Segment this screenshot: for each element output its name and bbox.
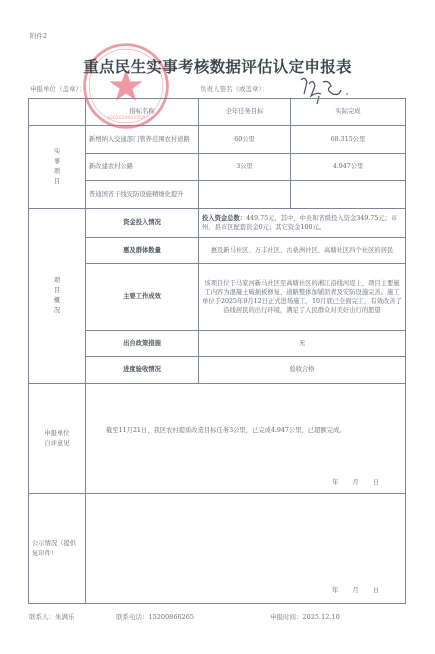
section-project-overview-label: 项目概况 xyxy=(29,209,86,384)
item-name: 普通国省干线安防设施精细化提升 xyxy=(86,181,199,209)
item-actual xyxy=(291,181,406,209)
item-target xyxy=(199,181,291,209)
header-indicator: 指标名称 xyxy=(86,99,199,126)
policy-value: 无 xyxy=(199,331,406,357)
progress-label: 进度验收情况 xyxy=(86,357,199,384)
publicity-cell: 年 月 日 xyxy=(86,494,406,604)
funding-label: 资金投入情况 xyxy=(86,209,199,238)
header-actual: 实际完成 xyxy=(291,99,406,126)
header-annual-target: 全年任务目标 xyxy=(199,99,291,126)
attachment-label: 附件2 xyxy=(30,31,47,40)
item-target: 60公里 xyxy=(199,126,291,154)
item-target: 3公里 xyxy=(199,154,291,181)
publicity-label: 公示情况（提供复印件） xyxy=(29,494,86,604)
main-effect-label: 主要工作成效 xyxy=(86,264,199,331)
funding-total-label: 投入资金总数： xyxy=(202,215,246,222)
contact-person: 联系人：朱满乐 xyxy=(29,612,75,621)
policy-label: 出台政策措施 xyxy=(86,331,199,357)
item-name: 新改建农村公路 xyxy=(86,154,199,181)
self-eval-cell: 截至11月21日，我区农村提质改造目标任务3公里，已完成4.947公里，已超额完… xyxy=(86,384,406,494)
report-table: 指标名称 全年任务目标 实际完成 实事项目 新增纳入交通部门管养范围农村道路 6… xyxy=(28,98,406,604)
self-eval-text: 截至11月21日，我区农村提质改造目标任务3公里，已完成4.947公里，已超额完… xyxy=(106,426,395,435)
report-time: 申报时间：2025.12.10 xyxy=(270,612,340,621)
empty-corner-cell xyxy=(29,99,86,126)
item-name: 新增纳入交通部门管养范围农村道路 xyxy=(86,126,199,154)
self-eval-label: 申报单位 自评意见 xyxy=(29,384,86,494)
beneficiary-label: 惠及群体数量 xyxy=(86,238,199,264)
item-actual: 4.947公里 xyxy=(291,154,406,181)
funding-value: 投入资金总数：449.75元，其中，中央和省级投入资金349.75元；市州、县市… xyxy=(199,209,406,238)
self-eval-date: 年 月 日 xyxy=(332,478,379,487)
publicity-date: 年 月 日 xyxy=(332,586,379,595)
section-practical-items-label: 实事项目 xyxy=(29,126,86,209)
applicant-unit-label: 申报单位（盖章）： xyxy=(30,84,85,93)
beneficiary-value: 惠及新马社区、万丰社区、古桑洲社区、高塘社区四个社区的居民 xyxy=(199,238,406,264)
responsible-person-label: 负责人签名（或盖章）： xyxy=(200,84,268,93)
item-actual: 68.315公里 xyxy=(291,126,406,154)
main-effect-value: 该项目位于马家河新马社区至高塘社区的湘江沿线河堤上，项目主要施工内容为混凝土破损… xyxy=(199,264,406,331)
contact-phone: 联系电话：15200866265 xyxy=(116,612,194,621)
progress-value: 验收合格 xyxy=(199,357,406,384)
page-title: 重点民生实事考核数据评估认定申报表 xyxy=(0,55,435,77)
